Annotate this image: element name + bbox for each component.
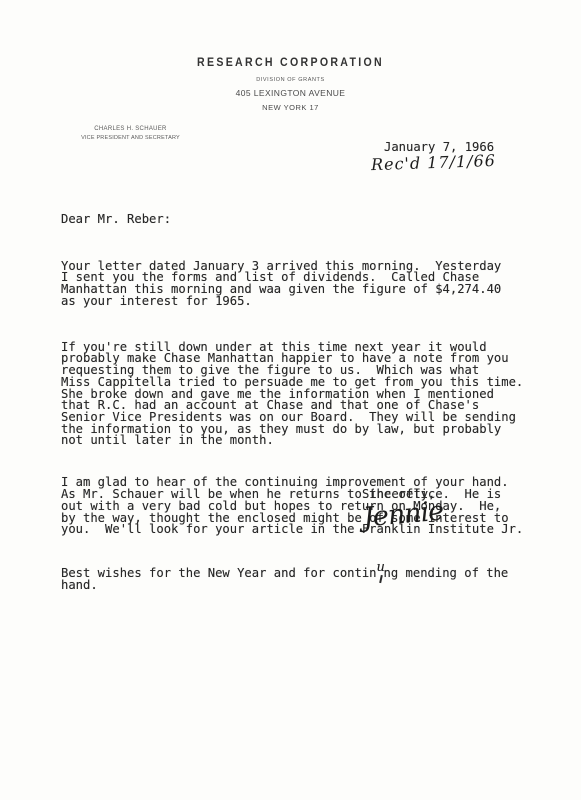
paragraph-4: Best wishes for the New Year and for con… [61,568,539,591]
officer-title: VICE PRESIDENT AND SECRETARY [68,134,193,143]
salutation: Dear Mr. Reber: [61,214,539,226]
company-name: RESEARCH CORPORATION [23,57,558,69]
paragraph-2: If you're still down under at this time … [61,342,539,447]
address-line: 405 LEXINGTON AVENUE [0,88,581,98]
paragraph-1: Your letter dated January 3 arrived this… [61,261,539,308]
letter-document: RESEARCH CORPORATION DIVISION OF GRANTS … [0,0,581,800]
paragraph-4-before: Best wishes for the New Year and for con… [61,566,377,580]
letter-body: Dear Mr. Reber: Your letter dated Januar… [61,191,539,615]
officer-name: CHARLES H. SCHAUER [68,125,193,134]
officer-block: CHARLES H. SCHAUER VICE PRESIDENT AND SE… [68,125,193,143]
received-note-handwriting: Rec'd 17/1/66 [371,151,496,174]
paragraph-3: I am glad to hear of the continuing impr… [61,477,539,536]
inserted-u-handwriting: u [377,563,384,573]
city-line: NEW YORK 17 [0,103,581,112]
letterhead: RESEARCH CORPORATION DIVISION OF GRANTS … [0,57,581,112]
division-line: DIVISION OF GRANTS [0,77,581,83]
